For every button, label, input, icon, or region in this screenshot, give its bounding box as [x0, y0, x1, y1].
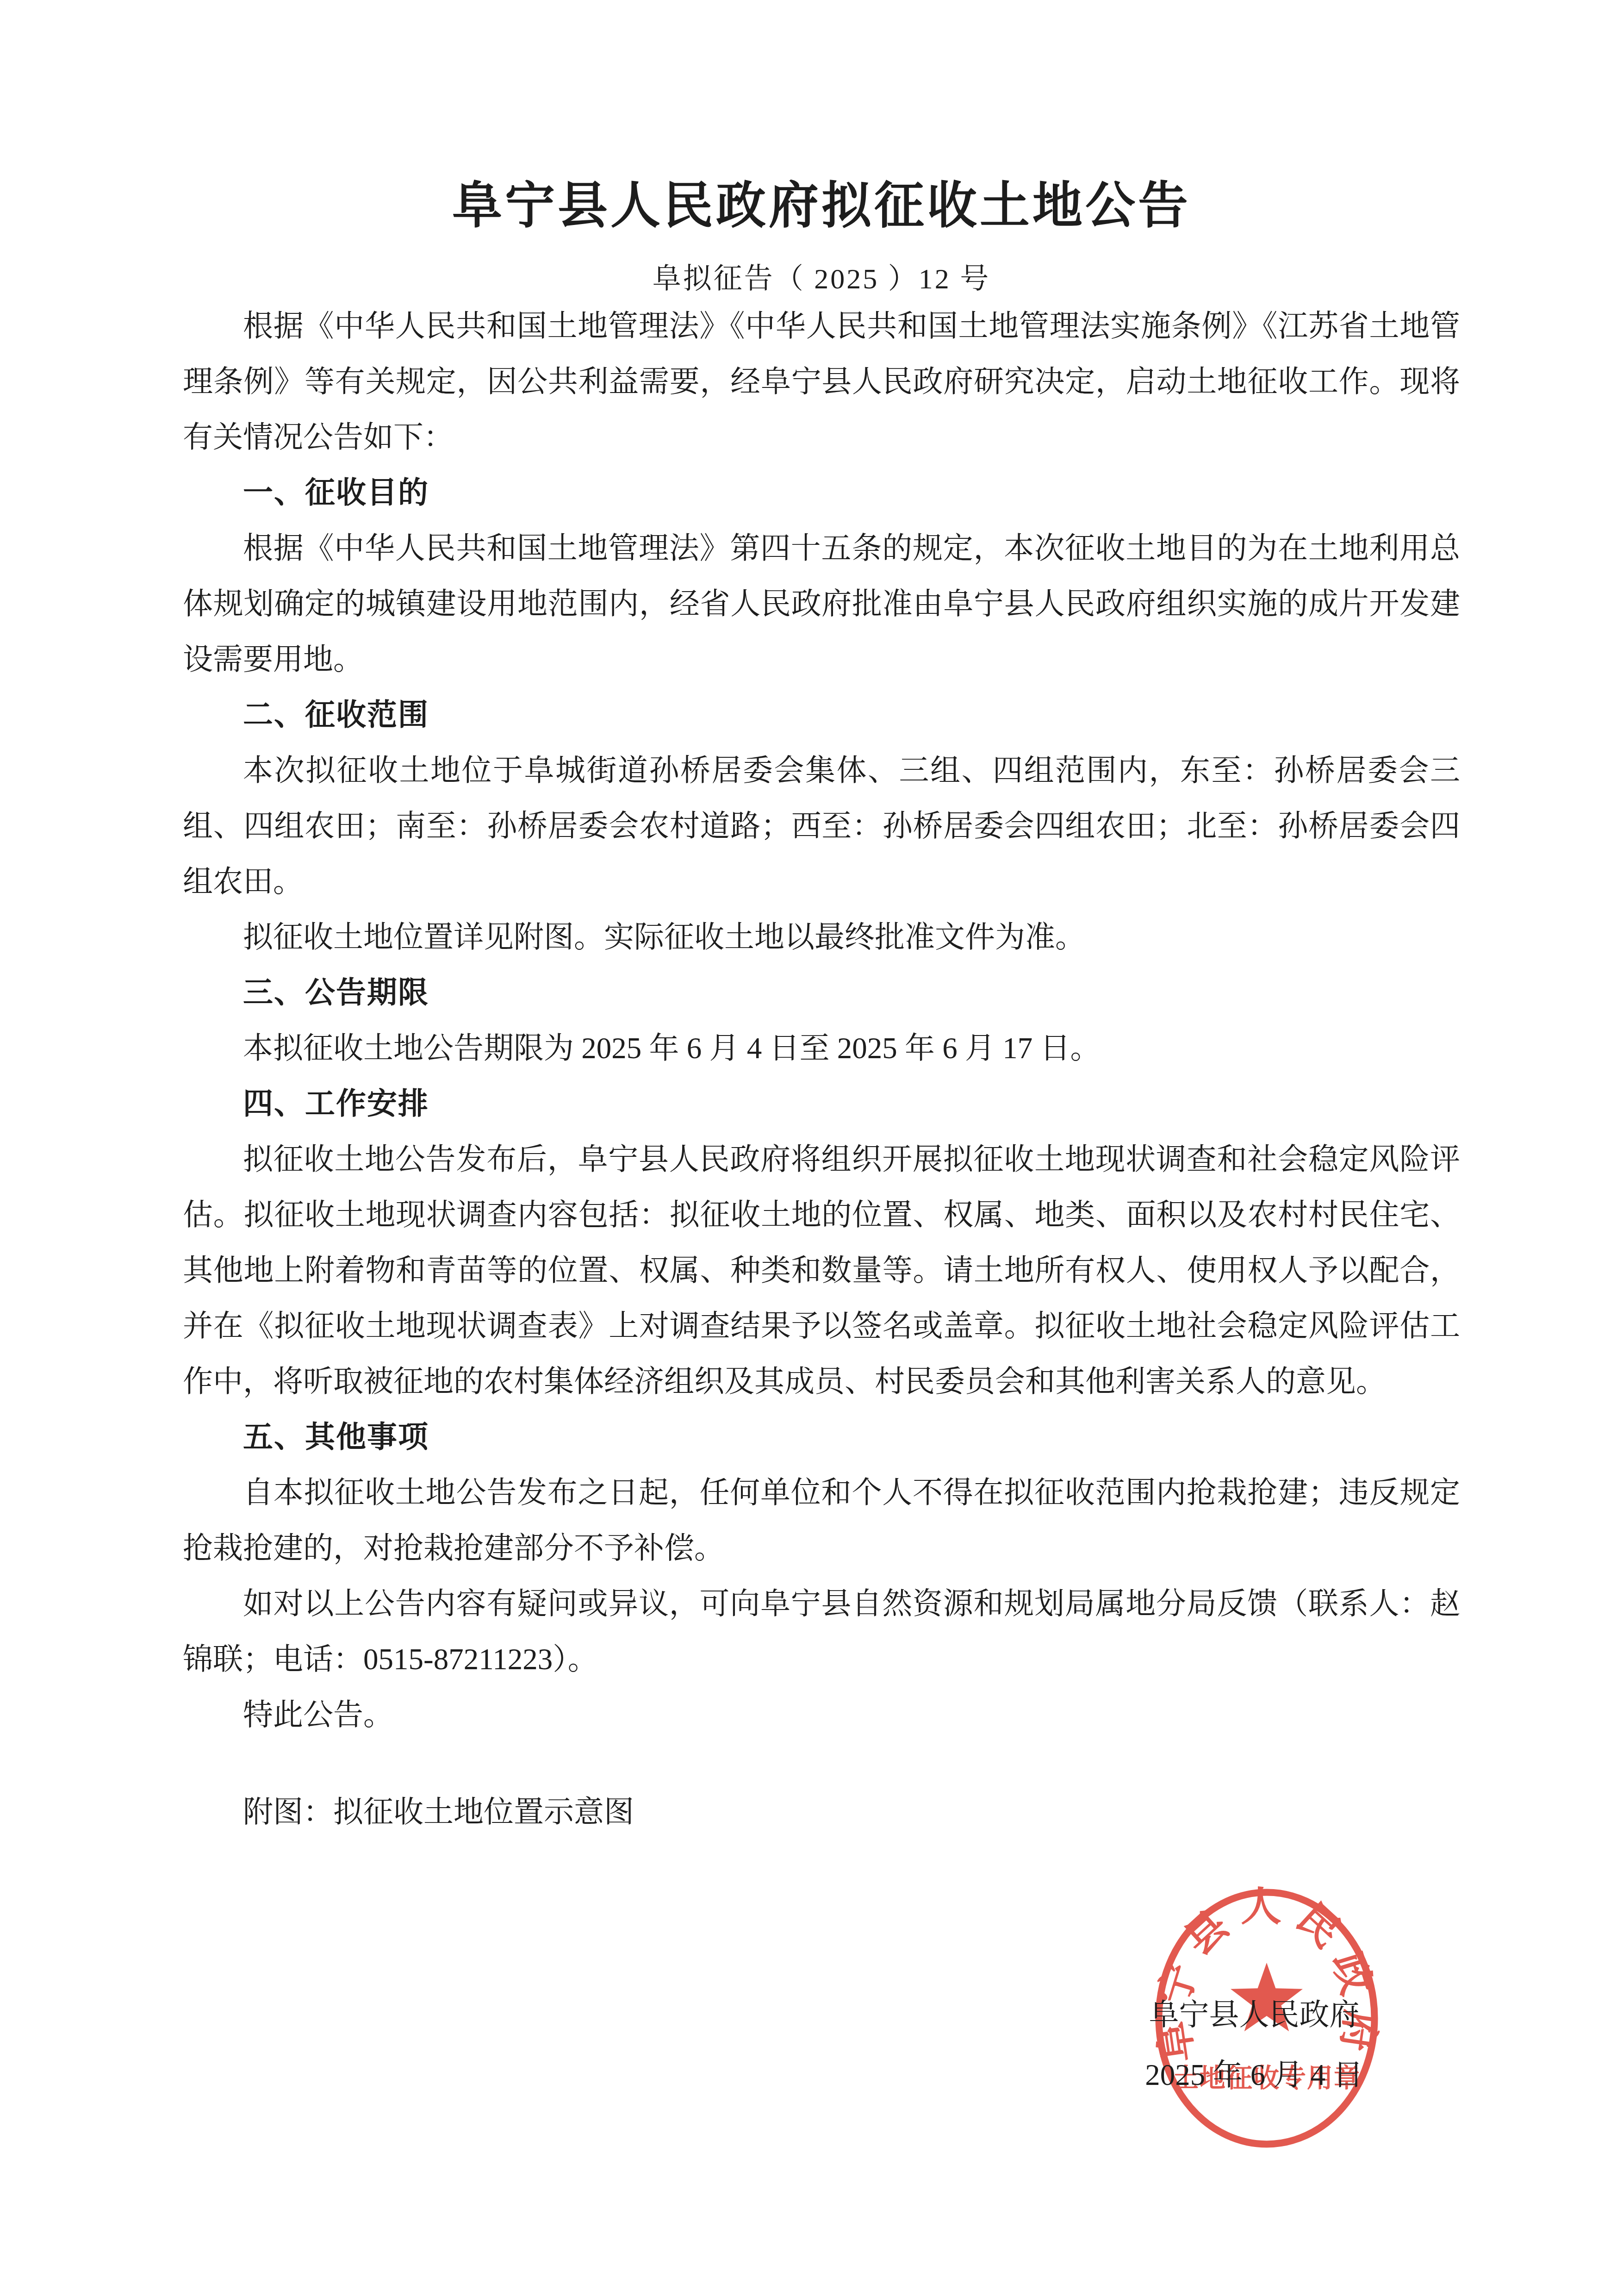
doc-number: 阜拟征告（ 2025 ）12 号 — [183, 259, 1460, 299]
section-3-paragraph: 本拟征收土地公告期限为 2025 年 6 月 4 日至 2025 年 6 月 1… — [183, 1021, 1460, 1076]
section-5-heading: 五、其他事项 — [183, 1410, 1460, 1465]
section-3-heading: 三、公告期限 — [183, 965, 1460, 1021]
signature-block: 阜宁县人民政府 2025 年 6 月 4 日 — [1125, 1985, 1384, 2105]
announcement-document-page: 阜宁县人民政府拟征收土地公告 阜拟征告（ 2025 ）12 号 根据《中华人民共… — [0, 0, 1623, 2296]
section-2-paragraph-2: 拟征收土地位置详见附图。实际征收土地以最终批准文件为准。 — [183, 910, 1460, 965]
document-body: 根据《中华人民共和国土地管理法》《中华人民共和国土地管理法实施条例》《江苏省土地… — [183, 299, 1460, 1840]
page-title: 阜宁县人民政府拟征收土地公告 — [183, 175, 1460, 237]
section-5-paragraph-1: 自本拟征收土地公告发布之日起，任何单位和个人不得在拟征收范围内抢栽抢建；违反规定… — [183, 1465, 1460, 1576]
section-2-heading: 二、征收范围 — [183, 687, 1460, 743]
signature-date: 2025 年 6 月 4 日 — [1125, 2045, 1384, 2105]
section-4-paragraph: 拟征收土地公告发布后，阜宁县人民政府将组织开展拟征收土地现状调查和社会稳定风险评… — [183, 1132, 1460, 1410]
section-1-heading: 一、征收目的 — [183, 465, 1460, 521]
signature-issuer: 阜宁县人民政府 — [1125, 1985, 1384, 2045]
intro-paragraph: 根据《中华人民共和国土地管理法》《中华人民共和国土地管理法实施条例》《江苏省土地… — [183, 299, 1460, 465]
section-5-paragraph-2: 如对以上公告内容有疑问或异议，可向阜宁县自然资源和规划局属地分局反馈（联系人：赵… — [183, 1576, 1460, 1687]
closing-line: 特此公告。 — [183, 1687, 1460, 1743]
section-2-paragraph-1: 本次拟征收土地位于阜城街道孙桥居委会集体、三组、四组范围内，东至：孙桥居委会三组… — [183, 743, 1460, 910]
section-4-heading: 四、工作安排 — [183, 1076, 1460, 1132]
section-1-paragraph: 根据《中华人民共和国土地管理法》第四十五条的规定，本次征收土地目的为在土地利用总… — [183, 521, 1460, 687]
